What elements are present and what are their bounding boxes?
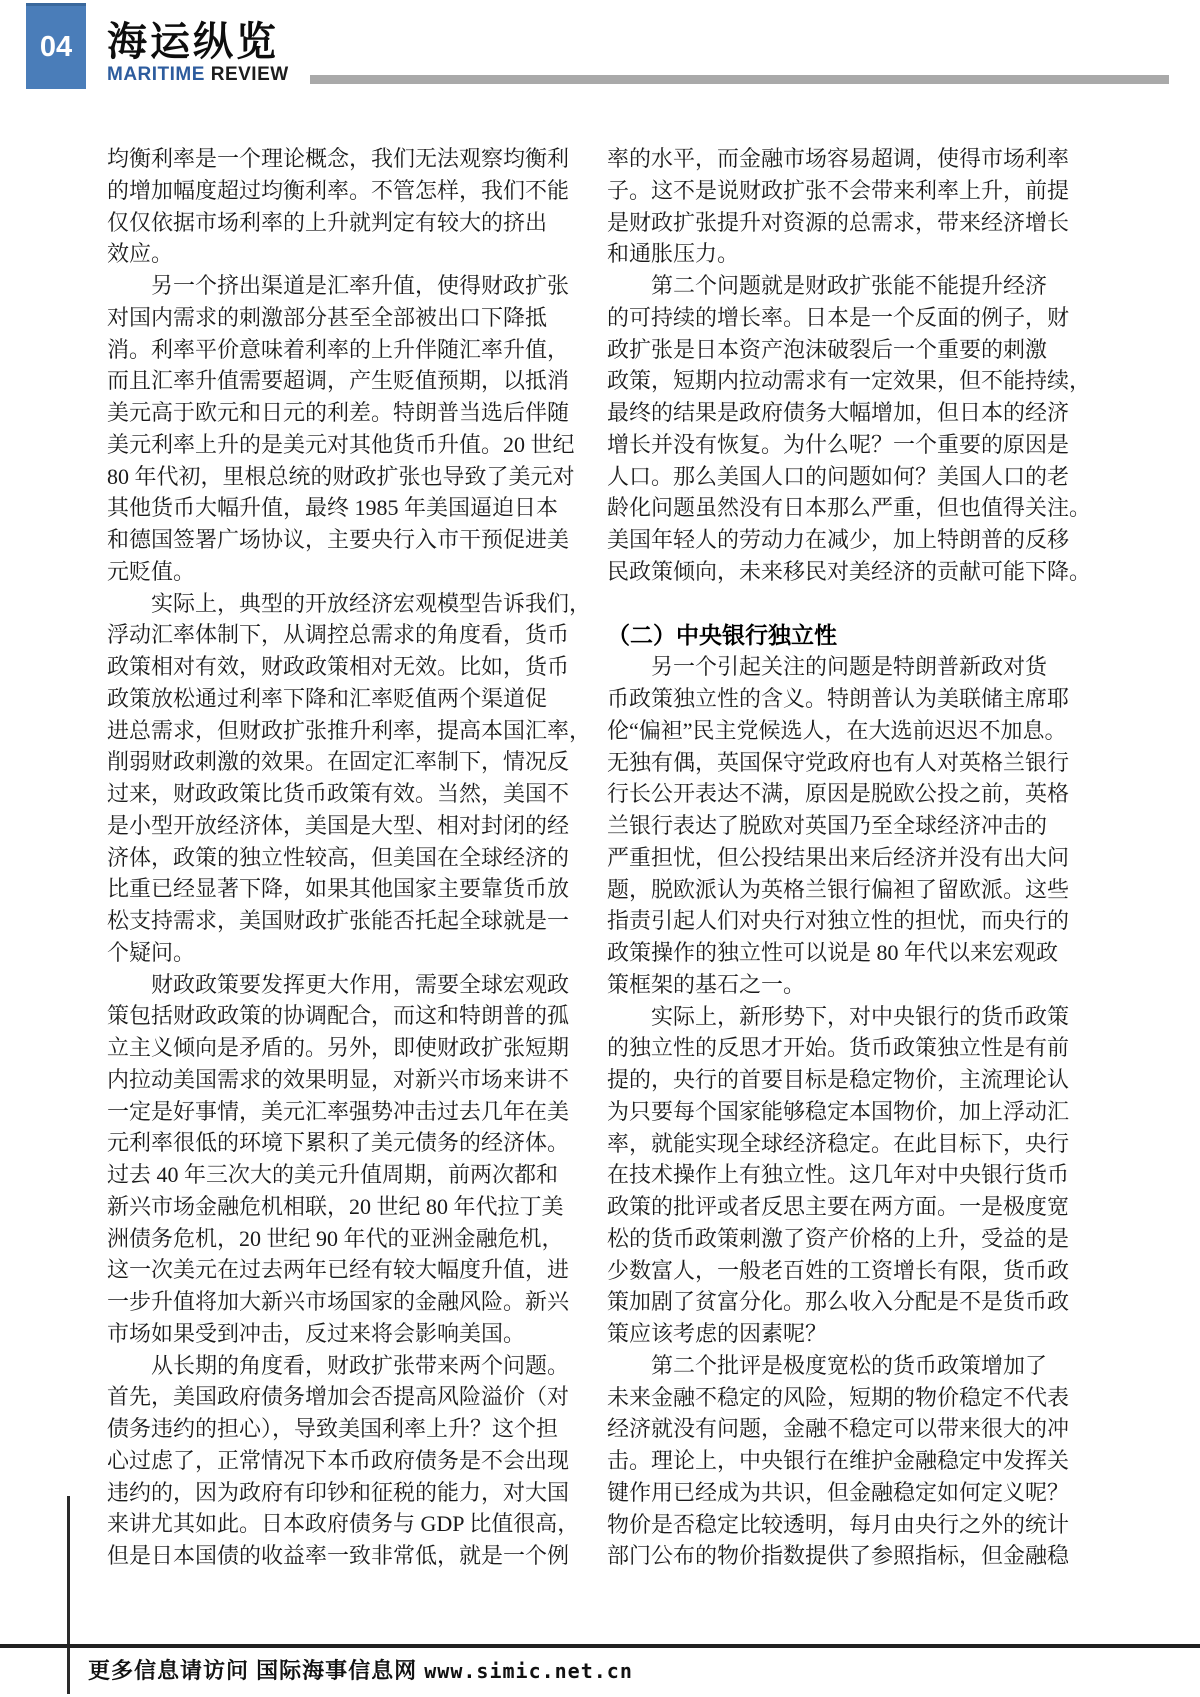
- text-line: 伦“偏袒”民主党候选人，在大选前迟迟不加息。: [607, 715, 1055, 747]
- text-line: 松的货币政策刺激了资产价格的上升，受益的是: [607, 1223, 1055, 1255]
- text-line: 指责引起人们对央行对独立性的担忧，而央行的: [607, 905, 1055, 937]
- text-line: 和德国签署广场协议，主要央行入市干预促进美: [107, 524, 567, 556]
- text-line: 政扩张是日本资产泡沫破裂后一个重要的刺激: [607, 334, 1055, 366]
- page-number: 04: [40, 33, 72, 62]
- text-line: 政策的批评或者反思主要在两方面。一是极度宽: [607, 1191, 1055, 1223]
- text-line: 未来金融不稳定的风险，短期的物价稳定不代表: [607, 1382, 1055, 1414]
- text-line: 违约的，因为政府有印钞和征税的能力，对大国: [107, 1477, 567, 1509]
- section-title-en-review: REVIEW: [211, 64, 289, 85]
- text-line: 市场如果受到冲击，反过来将会影响美国。: [107, 1318, 567, 1350]
- text-line: 对国内需求的刺激部分甚至全部被出口下降抵: [107, 302, 567, 334]
- text-line: 美国年轻人的劳动力在减少，加上特朗普的反移: [607, 524, 1055, 556]
- text-line: 从长期的角度看，财政扩张带来两个问题。: [107, 1350, 567, 1382]
- text-line: 而且汇率升值需要超调，产生贬值预期，以抵消: [107, 365, 567, 397]
- page-number-badge: 04: [26, 3, 86, 89]
- text-line: 80 年代初，里根总统的财政扩张也导致了美元对: [107, 461, 567, 493]
- footer-visit-text: 更多信息请访问 国际海事信息网: [88, 1658, 424, 1683]
- text-line: 内拉动美国需求的效果明显，对新兴市场来讲不: [107, 1064, 567, 1096]
- text-line: 政策操作的独立性可以说是 80 年代以来宏观政: [607, 937, 1055, 969]
- text-line: 元贬值。: [107, 556, 567, 588]
- text-line: 策框架的基石之一。: [607, 969, 1055, 1001]
- text-line: 击。理论上，中央银行在维护金融稳定中发挥关: [607, 1445, 1055, 1477]
- text-line: 债务违约的担心），导致美国利率上升？这个担: [107, 1413, 567, 1445]
- text-line: 济体，政策的独立性较高，但美国在全球经济的: [107, 842, 567, 874]
- article-column-left: 均衡利率是一个理论概念，我们无法观察均衡利的增加幅度超过均衡利率。不管怎样，我们…: [107, 143, 567, 1572]
- text-line: 最终的结果是政府债务大幅增加，但日本的经济: [607, 397, 1055, 429]
- text-line: 松支持需求，美国财政扩张能否托起全球就是一: [107, 905, 567, 937]
- text-line: 首先，美国政府债务增加会否提高风险溢价（对: [107, 1381, 567, 1413]
- text-line: 实际上，典型的开放经济宏观模型告诉我们，: [107, 588, 567, 620]
- text-line: 无独有偶，英国保守党政府也有人对英格兰银行: [607, 747, 1055, 779]
- magazine-page: 04 海运纵览 MARITIME REVIEW 均衡利率是一个理论概念，我们无法…: [0, 0, 1200, 1697]
- text-line: 龄化问题虽然没有日本那么严重，但也值得关注。: [607, 492, 1055, 524]
- section-title-en: MARITIME REVIEW: [107, 65, 289, 85]
- text-line: 兰银行表达了脱欧对英国乃至全球经济冲击的: [607, 810, 1055, 842]
- text-line: 第二个批评是极度宽松的货币政策增加了: [607, 1350, 1055, 1382]
- text-line: 一步升值将加大新兴市场国家的金融风险。新兴: [107, 1286, 567, 1318]
- text-line: 立主义倾向是矛盾的。另外，即使财政扩张短期: [107, 1032, 567, 1064]
- text-line: 键作用已经成为共识，但金融稳定如何定义呢？: [607, 1477, 1055, 1509]
- text-line: 元利率很低的环境下累积了美元债务的经济体。: [107, 1127, 567, 1159]
- text-line: 洲债务危机，20 世纪 90 年代的亚洲金融危机，: [107, 1223, 567, 1255]
- text-line: 的独立性的反思才开始。货币政策独立性是有前: [607, 1032, 1055, 1064]
- text-line: 子。这不是说财政扩张不会带来利率上升，前提: [607, 175, 1055, 207]
- text-line: 实际上，新形势下，对中央银行的货币政策: [607, 1001, 1055, 1033]
- text-line: 的增加幅度超过均衡利率。不管怎样，我们不能: [107, 175, 567, 207]
- article-column-right: 率的水平，而金融市场容易超调，使得市场利率子。这不是说财政扩张不会带来利率上升，…: [607, 143, 1055, 1572]
- text-line: 浮动汇率体制下，从调控总需求的角度看，货币: [107, 619, 567, 651]
- text-line: 和通胀压力。: [607, 238, 1055, 270]
- text-line: 策包括财政政策的协调配合，而这和特朗普的孤: [107, 1000, 567, 1032]
- text-line: 但是日本国债的收益率一致非常低，就是一个例: [107, 1540, 567, 1572]
- text-line: 美元高于欧元和日元的利差。特朗普当选后伴随: [107, 397, 567, 429]
- text-line: 来讲尤其如此。日本政府债务与 GDP 比值很高，: [107, 1508, 567, 1540]
- text-line: 削弱财政刺激的效果。在固定汇率制下，情况反: [107, 746, 567, 778]
- text-line: 另一个引起关注的问题是特朗普新政对货: [607, 651, 1055, 683]
- text-line: 其他货币大幅升值，最终 1985 年美国逼迫日本: [107, 492, 567, 524]
- text-line: 消。利率平价意味着利率的上升伴随汇率升值，: [107, 334, 567, 366]
- text-line: 这一次美元在过去两年已经有较大幅度升值，进: [107, 1254, 567, 1286]
- text-line: 第二个问题就是财政扩张能不能提升经济: [607, 270, 1055, 302]
- text-line: 另一个挤出渠道是汇率升值，使得财政扩张: [107, 270, 567, 302]
- text-line: 币政策独立性的含义。特朗普认为美联储主席耶: [607, 683, 1055, 715]
- text-line: 经济就没有问题，金融不稳定可以带来很大的冲: [607, 1413, 1055, 1445]
- text-line: 策应该考虑的因素呢？: [607, 1318, 1055, 1350]
- text-line: 在技术操作上有独立性。这几年对中央银行货币: [607, 1159, 1055, 1191]
- text-line: 均衡利率是一个理论概念，我们无法观察均衡利: [107, 143, 567, 175]
- text-line: 过来，财政政策比货币政策有效。当然，美国不: [107, 778, 567, 810]
- text-line: 率，就能实现全球经济稳定。在此目标下，央行: [607, 1128, 1055, 1160]
- text-line: 政策放松通过利率下降和汇率贬值两个渠道促: [107, 683, 567, 715]
- footer-divider-rule: [0, 1644, 1200, 1648]
- footer-sidebar-rule: [67, 1496, 70, 1694]
- text-line: 政策相对有效，财政政策相对无效。比如，货币: [107, 651, 567, 683]
- section-title-en-maritime: MARITIME: [107, 64, 205, 85]
- text-line: 效应。: [107, 238, 567, 270]
- text-line: 进总需求，但财政扩张推升利率，提高本国汇率，: [107, 715, 567, 747]
- text-line: 比重已经显著下降，如果其他国家主要靠货币放: [107, 873, 567, 905]
- text-line: 是财政扩张提升对资源的总需求，带来经济增长: [607, 207, 1055, 239]
- text-line: 题，脱欧派认为英格兰银行偏袒了留欧派。这些: [607, 874, 1055, 906]
- text-line: 心过虑了，正常情况下本币政府债务是不会出现: [107, 1445, 567, 1477]
- text-line: 政策，短期内拉动需求有一定效果，但不能持续，: [607, 365, 1055, 397]
- text-line: 率的水平，而金融市场容易超调，使得市场利率: [607, 143, 1055, 175]
- text-line: 一定是好事情，美元汇率强势冲击过去几年在美: [107, 1096, 567, 1128]
- text-line: 增长并没有恢复。为什么呢？一个重要的原因是: [607, 429, 1055, 461]
- text-line: 策加剧了贫富分化。那么收入分配是不是货币政: [607, 1286, 1055, 1318]
- text-line: 少数富人，一般老百姓的工资增长有限，货币政: [607, 1255, 1055, 1287]
- text-line: 新兴市场金融危机相联，20 世纪 80 年代拉丁美: [107, 1191, 567, 1223]
- text-line: 人口。那么美国人口的问题如何？美国人口的老: [607, 461, 1055, 493]
- text-line: 过去 40 年三次大的美元升值周期，前两次都和: [107, 1159, 567, 1191]
- text-line: 严重担忧，但公投结果出来后经济并没有出大问: [607, 842, 1055, 874]
- header-divider-bar: [310, 75, 1169, 84]
- text-line: 个疑问。: [107, 937, 567, 969]
- text-line: 是小型开放经济体，美国是大型、相对封闭的经: [107, 810, 567, 842]
- section-title-cn: 海运纵览: [107, 20, 289, 64]
- footer-url: www.simic.net.cn: [424, 1659, 633, 1683]
- text-line: 物价是否稳定比较透明，每月由央行之外的统计: [607, 1509, 1055, 1541]
- footer-info-text: 更多信息请访问 国际海事信息网 www.simic.net.cn: [88, 1654, 633, 1685]
- text-line: 财政政策要发挥更大作用，需要全球宏观政: [107, 969, 567, 1001]
- text-line: 民政策倾向，未来移民对美经济的贡献可能下降。: [607, 556, 1055, 588]
- text-line: 为只要每个国家能够稳定本国物价，加上浮动汇: [607, 1096, 1055, 1128]
- text-line: 提的，央行的首要目标是稳定物价，主流理论认: [607, 1064, 1055, 1096]
- text-line: 行长公开表达不满，原因是脱欧公投之前，英格: [607, 778, 1055, 810]
- text-line: 的可持续的增长率。日本是一个反面的例子，财: [607, 302, 1055, 334]
- text-line: 美元利率上升的是美元对其他货币升值。20 世纪: [107, 429, 567, 461]
- section-masthead: 海运纵览 MARITIME REVIEW: [107, 20, 289, 85]
- section-heading: （二）中央银行独立性: [607, 620, 1055, 652]
- text-line: 部门公布的物价指数提供了参照指标，但金融稳: [607, 1540, 1055, 1572]
- text-line: 仅仅依据市场利率的上升就判定有较大的挤出: [107, 207, 567, 239]
